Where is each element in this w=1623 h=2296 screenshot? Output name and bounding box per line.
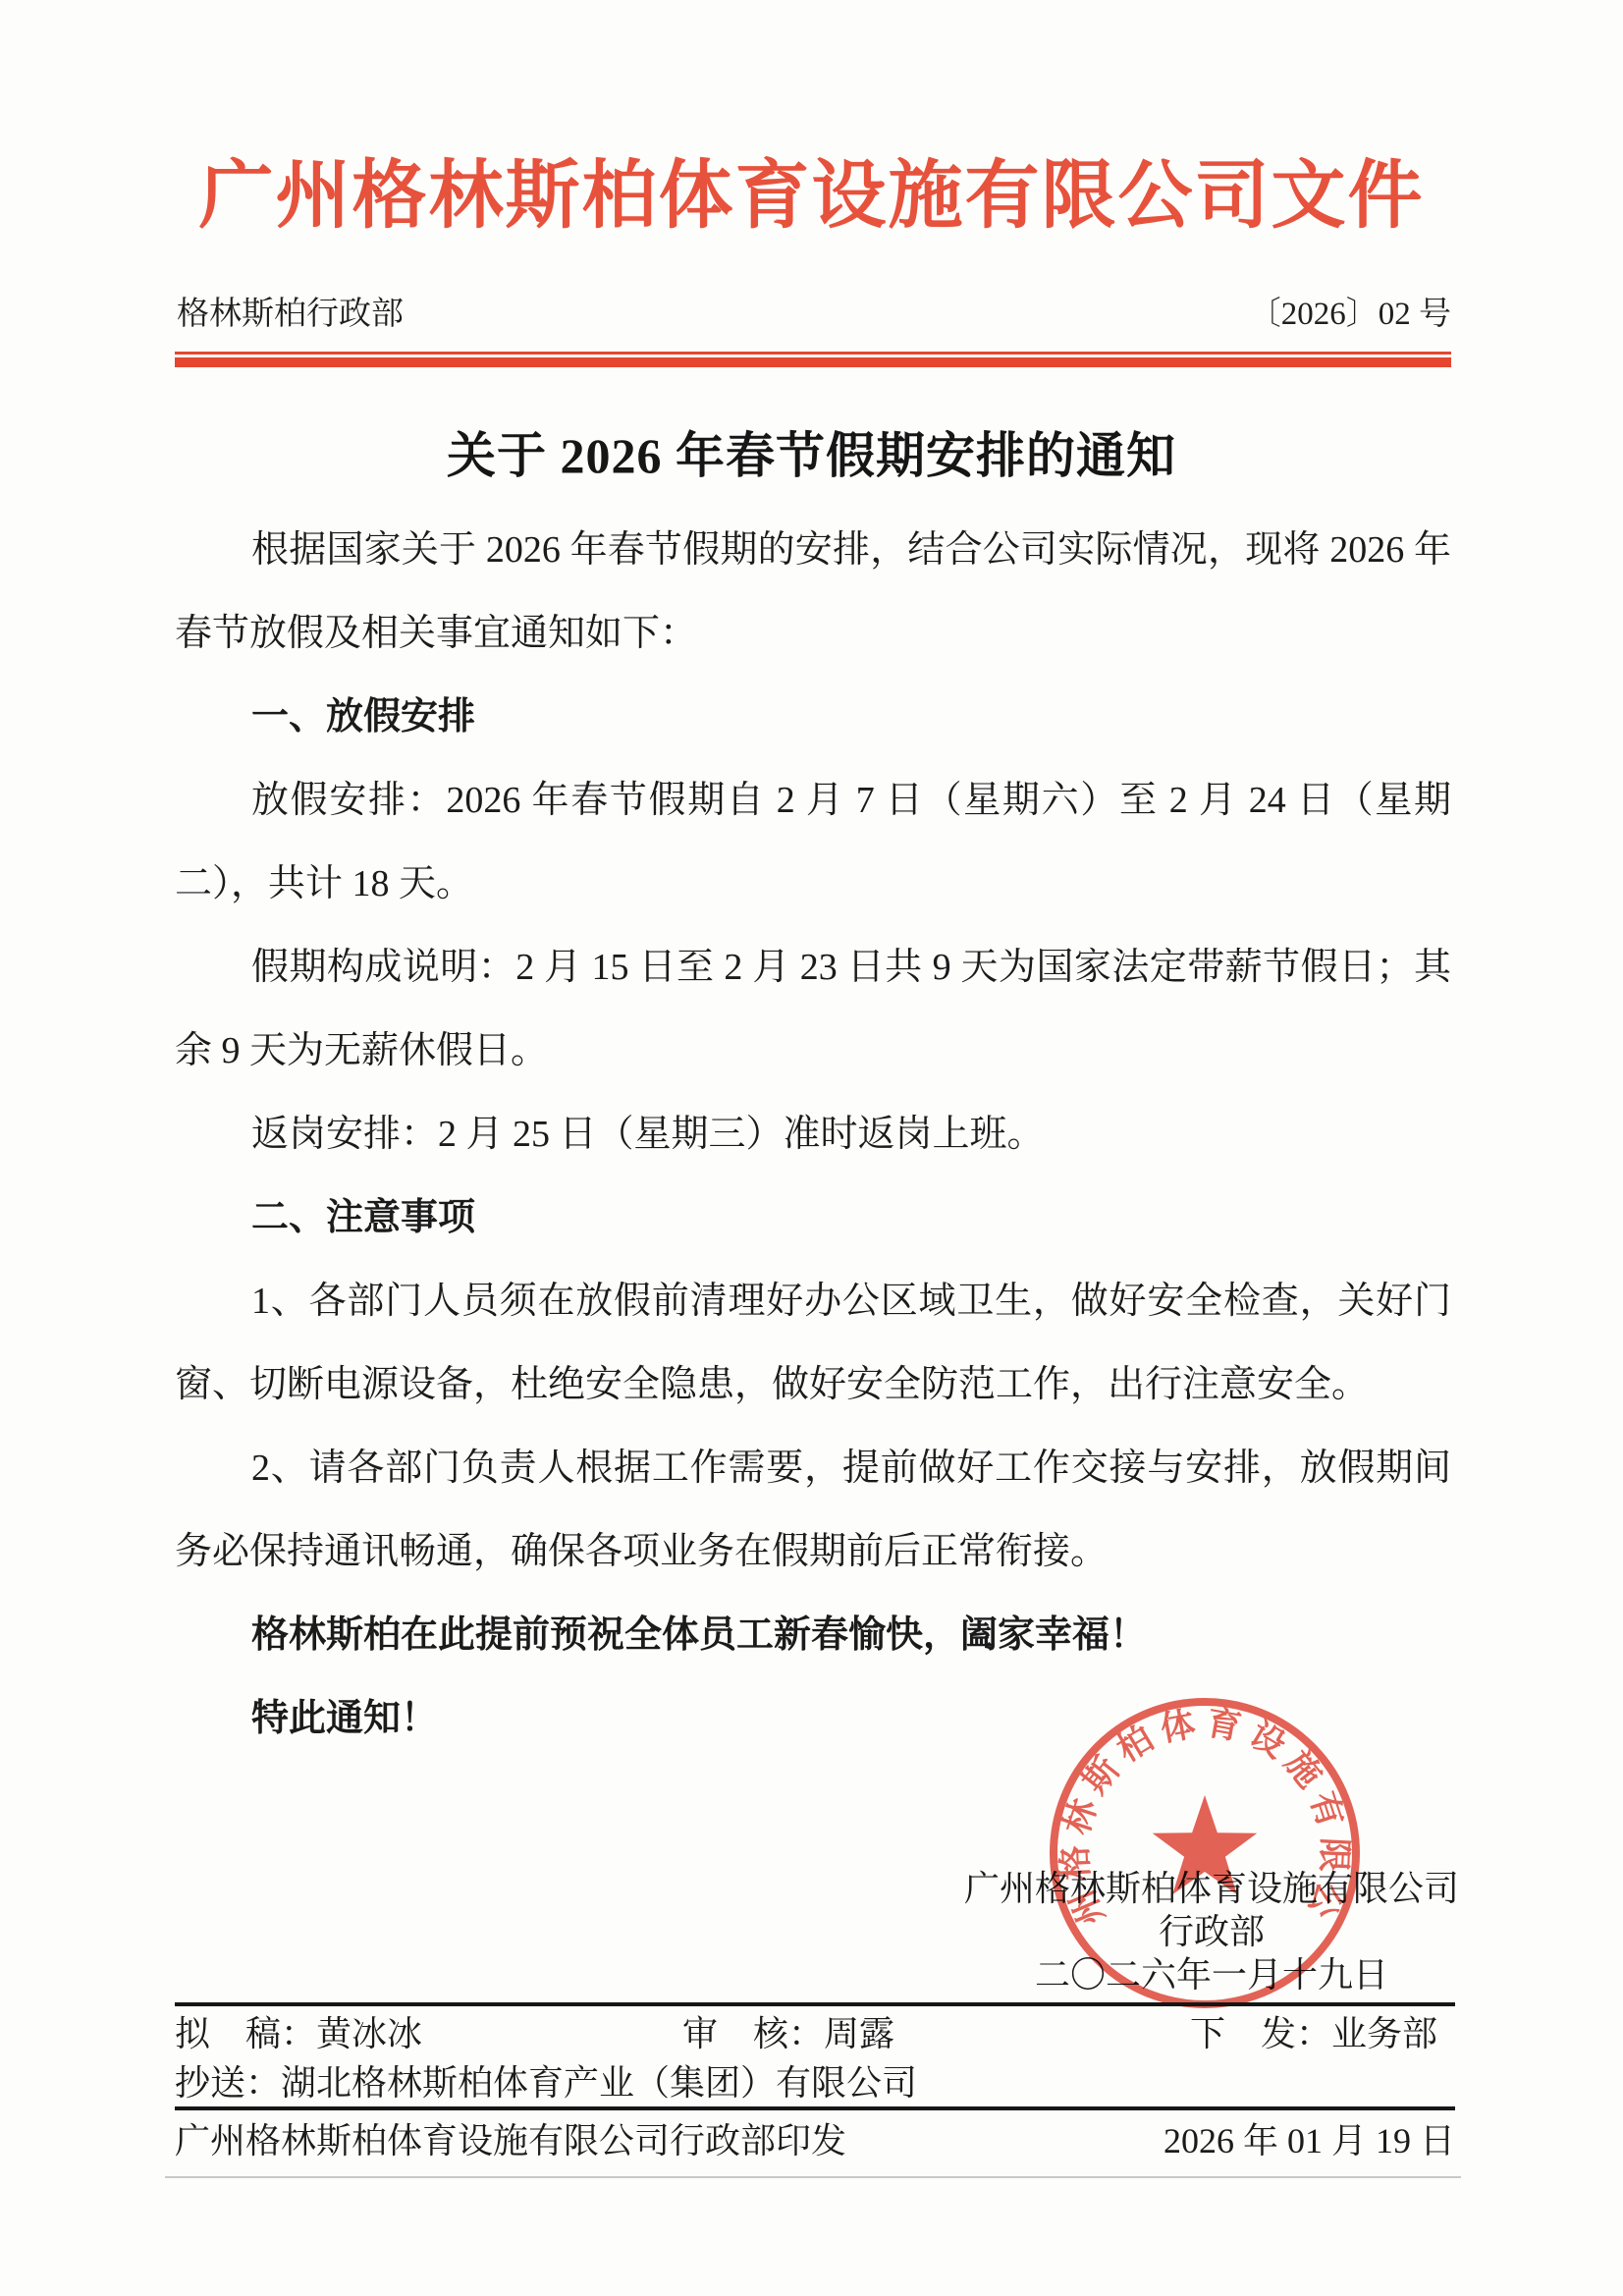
footer-cc: 抄送：湖北格林斯柏体育产业（集团）有限公司 [175, 2060, 917, 2105]
footer-publisher: 广州格林斯柏体育设施有限公司行政部印发 [175, 2118, 846, 2163]
header-meta-row: 格林斯柏行政部 〔2026〕02 号 [177, 295, 1451, 334]
signature-block: 广州格林斯柏体育设施有限公司 行政部 二〇二六年一月十九日 [931, 1867, 1492, 1996]
paragraph-holiday-composition: 假期构成说明：2 月 15 日至 2 月 23 日共 9 天为国家法定带薪节假日… [175, 926, 1451, 1093]
footer-rule-bottom [165, 2176, 1461, 2178]
paragraph-intro: 根据国家关于 2026 年春节假期的安排，结合公司实际情况，现将 2026 年春… [175, 509, 1451, 676]
signature-department: 行政部 [931, 1910, 1492, 1953]
notice-title: 关于 2026 年春节假期安排的通知 [0, 416, 1623, 487]
footer-distribution: 下 发：业务部 [1190, 2011, 1437, 2056]
footer-publish-date: 2026 年 01 月 19 日 [1163, 2118, 1455, 2163]
red-rule-thin [175, 352, 1451, 355]
section-heading-1: 一、放假安排 [175, 676, 1451, 759]
letterhead-title: 广州格林斯柏体育设施有限公司文件 [0, 136, 1623, 243]
footer-drafter: 拟 稿：黄冰冰 [175, 2011, 422, 2056]
paragraph-closing: 特此通知！ [175, 1677, 1451, 1761]
paragraph-note-1: 1、各部门人员须在放假前清理好办公区域卫生，做好安全检查，关好门窗、切断电源设备… [175, 1260, 1451, 1427]
paragraph-holiday-dates: 放假安排：2026 年春节假期自 2 月 7 日（星期六）至 2 月 24 日（… [175, 759, 1451, 926]
footer-reviewer: 审 核：周露 [682, 2011, 894, 2056]
footer-rule-top [175, 2002, 1455, 2006]
document-page: 广州格林斯柏体育设施有限公司文件 格林斯柏行政部 〔2026〕02 号 关于 2… [0, 0, 1623, 2296]
notice-body: 根据国家关于 2026 年春节假期的安排，结合公司实际情况，现将 2026 年春… [175, 509, 1451, 1761]
signature-date: 二〇二六年一月十九日 [931, 1953, 1492, 1996]
paragraph-greeting: 格林斯柏在此提前预祝全体员工新春愉快，阖家幸福！ [175, 1594, 1451, 1677]
red-rule-thick [175, 357, 1451, 367]
paragraph-return-date: 返岗安排：2 月 25 日（星期三）准时返岗上班。 [175, 1093, 1451, 1176]
document-number: 〔2026〕02 号 [1249, 295, 1451, 334]
issuing-department: 格林斯柏行政部 [177, 295, 404, 334]
signature-company: 广州格林斯柏体育设施有限公司 [931, 1867, 1492, 1910]
footer-rule-middle [175, 2106, 1455, 2110]
section-heading-2: 二、注意事项 [175, 1176, 1451, 1260]
paragraph-note-2: 2、请各部门负责人根据工作需要，提前做好工作交接与安排，放假期间务必保持通讯畅通… [175, 1427, 1451, 1594]
